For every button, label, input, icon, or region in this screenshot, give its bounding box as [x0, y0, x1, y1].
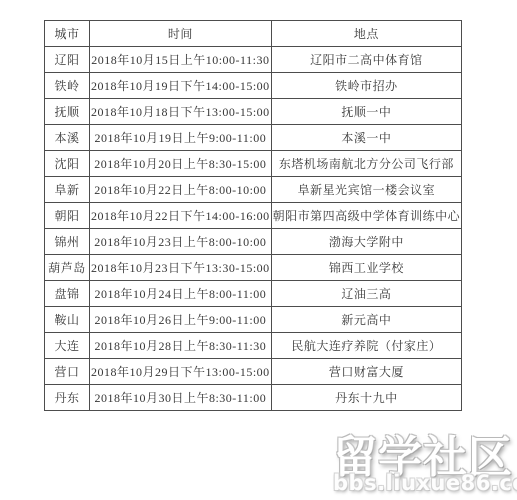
place-cell: 民航大连疗养院（付家庄） [271, 333, 462, 359]
city-cell: 抚顺 [45, 99, 90, 125]
city-cell: 本溪 [45, 125, 90, 151]
city-cell: 辽阳 [45, 47, 90, 73]
exam-schedule-table: 城市 时间 地点 辽阳2018年10月15日上午10:00-11:30辽阳市二高… [44, 20, 462, 411]
place-cell: 朝阳市第四高级中学体育训练中心 [271, 203, 462, 229]
watermark-logo-text: 留学社区 [333, 435, 513, 481]
table-row: 沈阳2018年10月20日上午8:30-15:00东塔机场南航北方分公司飞行部 [45, 151, 462, 177]
header-place: 地点 [271, 21, 462, 47]
table-row: 阜新2018年10月22日上午8:00-10:00阜新星光宾馆一楼会议室 [45, 177, 462, 203]
watermark: 留学社区 bbs.liuxue86.com [333, 435, 513, 494]
time-cell: 2018年10月22日上午8:00-10:00 [90, 177, 272, 203]
city-cell: 大连 [45, 333, 90, 359]
city-cell: 盘锦 [45, 281, 90, 307]
place-cell: 辽阳市二高中体育馆 [271, 47, 462, 73]
time-cell: 2018年10月24日上午8:00-11:00 [90, 281, 272, 307]
time-cell: 2018年10月20日上午8:30-15:00 [90, 151, 272, 177]
place-cell: 营口财富大厦 [271, 359, 462, 385]
city-cell: 鞍山 [45, 307, 90, 333]
time-cell: 2018年10月19日上午9:00-11:00 [90, 125, 272, 151]
time-cell: 2018年10月29日下午13:00-15:00 [90, 359, 272, 385]
table-row: 葫芦岛2018年10月23日下午13:30-15:00锦西工业学校 [45, 255, 462, 281]
place-cell: 阜新星光宾馆一楼会议室 [271, 177, 462, 203]
city-cell: 阜新 [45, 177, 90, 203]
time-cell: 2018年10月28日上午8:30-11:30 [90, 333, 272, 359]
city-cell: 铁岭 [45, 73, 90, 99]
city-cell: 葫芦岛 [45, 255, 90, 281]
table-row: 丹东2018年10月30日上午8:30-11:00丹东十九中 [45, 385, 462, 411]
city-cell: 沈阳 [45, 151, 90, 177]
header-city: 城市 [45, 21, 90, 47]
time-cell: 2018年10月23日上午8:00-10:00 [90, 229, 272, 255]
table-header-row: 城市 时间 地点 [45, 21, 462, 47]
table-row: 大连2018年10月28日上午8:30-11:30民航大连疗养院（付家庄） [45, 333, 462, 359]
place-cell: 辽油三高 [271, 281, 462, 307]
table-row: 鞍山2018年10月26日上午9:00-11:00新元高中 [45, 307, 462, 333]
table-row: 抚顺2018年10月18日下午13:00-15:00抚顺一中 [45, 99, 462, 125]
table-row: 锦州2018年10月23日上午8:00-10:00渤海大学附中 [45, 229, 462, 255]
city-cell: 营口 [45, 359, 90, 385]
table-row: 本溪2018年10月19日上午9:00-11:00本溪一中 [45, 125, 462, 151]
place-cell: 抚顺一中 [271, 99, 462, 125]
watermark-url-text: bbs.liuxue86.com [333, 473, 513, 494]
time-cell: 2018年10月26日上午9:00-11:00 [90, 307, 272, 333]
place-cell: 锦西工业学校 [271, 255, 462, 281]
place-cell: 本溪一中 [271, 125, 462, 151]
time-cell: 2018年10月15日上午10:00-11:30 [90, 47, 272, 73]
header-time: 时间 [90, 21, 272, 47]
place-cell: 东塔机场南航北方分公司飞行部 [271, 151, 462, 177]
time-cell: 2018年10月23日下午13:30-15:00 [90, 255, 272, 281]
city-cell: 朝阳 [45, 203, 90, 229]
time-cell: 2018年10月30日上午8:30-11:00 [90, 385, 272, 411]
time-cell: 2018年10月19日下午14:00-15:00 [90, 73, 272, 99]
city-cell: 锦州 [45, 229, 90, 255]
place-cell: 渤海大学附中 [271, 229, 462, 255]
table-body: 辽阳2018年10月15日上午10:00-11:30辽阳市二高中体育馆铁岭201… [45, 47, 462, 411]
table-row: 盘锦2018年10月24日上午8:00-11:00辽油三高 [45, 281, 462, 307]
table-row: 营口2018年10月29日下午13:00-15:00营口财富大厦 [45, 359, 462, 385]
place-cell: 新元高中 [271, 307, 462, 333]
time-cell: 2018年10月18日下午13:00-15:00 [90, 99, 272, 125]
place-cell: 丹东十九中 [271, 385, 462, 411]
table-row: 铁岭2018年10月19日下午14:00-15:00铁岭市招办 [45, 73, 462, 99]
table-row: 朝阳2018年10月22日下午14:00-16:00朝阳市第四高级中学体育训练中… [45, 203, 462, 229]
time-cell: 2018年10月22日下午14:00-16:00 [90, 203, 272, 229]
table-row: 辽阳2018年10月15日上午10:00-11:30辽阳市二高中体育馆 [45, 47, 462, 73]
place-cell: 铁岭市招办 [271, 73, 462, 99]
city-cell: 丹东 [45, 385, 90, 411]
